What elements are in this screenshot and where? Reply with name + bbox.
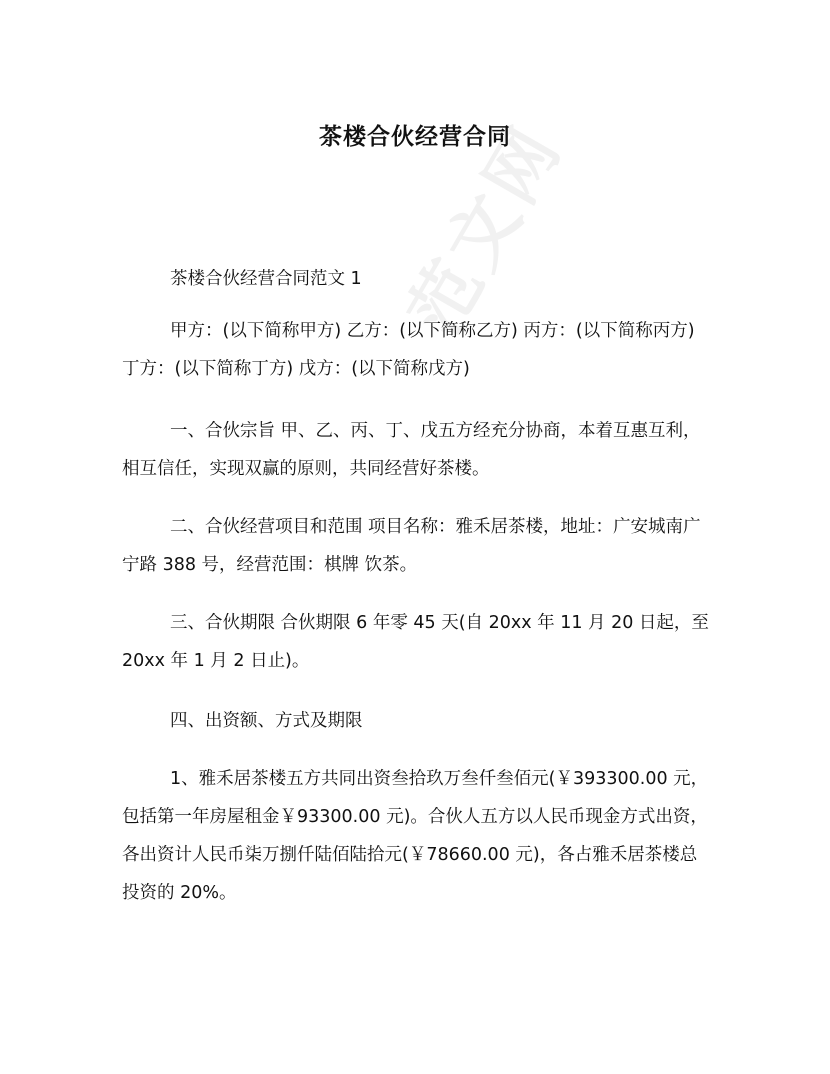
document-page: 范文网 茶楼合伙经营合同 茶楼合伙经营合同范文 1 甲方：(以下简称甲方) 乙方… xyxy=(0,0,830,1074)
paragraph-scope: 二、合伙经营项目和范围 项目名称：雅禾居茶楼，地址：广安城南广宁路 388 号，… xyxy=(122,508,712,584)
paragraph-text: 二、合伙经营项目和范围 项目名称：雅禾居茶楼，地址：广安城南广宁路 388 号，… xyxy=(122,517,701,575)
paragraph-text: 甲方：(以下简称甲方) 乙方：(以下简称乙方) 丙方：(以下简称丙方) 丁方：(… xyxy=(122,321,695,379)
paragraph-text: 1、雅禾居茶楼五方共同出资叁拾玖万叁仟叁佰元(￥393300.00 元，包括第一… xyxy=(122,769,708,903)
paragraph-term: 三、合伙期限 合伙期限 6 年零 45 天(自 20xx 年 11 月 20 日… xyxy=(122,604,712,680)
paragraph-subtitle: 茶楼合伙经营合同范文 1 xyxy=(122,260,712,298)
document-title: 茶楼合伙经营合同 xyxy=(0,118,830,151)
paragraph-text: 四、出资额、方式及期限 xyxy=(170,711,363,731)
paragraph-text: 茶楼合伙经营合同范文 1 xyxy=(170,269,362,289)
paragraph-parties: 甲方：(以下简称甲方) 乙方：(以下简称乙方) 丙方：(以下简称丙方) 丁方：(… xyxy=(122,312,712,388)
paragraph-purpose: 一、合伙宗旨 甲、乙、丙、丁、戊五方经充分协商，本着互惠互利，相互信任，实现双赢… xyxy=(122,412,712,488)
paragraph-text: 三、合伙期限 合伙期限 6 年零 45 天(自 20xx 年 11 月 20 日… xyxy=(122,613,709,671)
paragraph-text: 一、合伙宗旨 甲、乙、丙、丁、戊五方经充分协商，本着互惠互利，相互信任，实现双赢… xyxy=(122,421,701,479)
paragraph-section-four: 四、出资额、方式及期限 xyxy=(122,702,712,740)
paragraph-investment: 1、雅禾居茶楼五方共同出资叁拾玖万叁仟叁佰元(￥393300.00 元，包括第一… xyxy=(122,760,712,912)
